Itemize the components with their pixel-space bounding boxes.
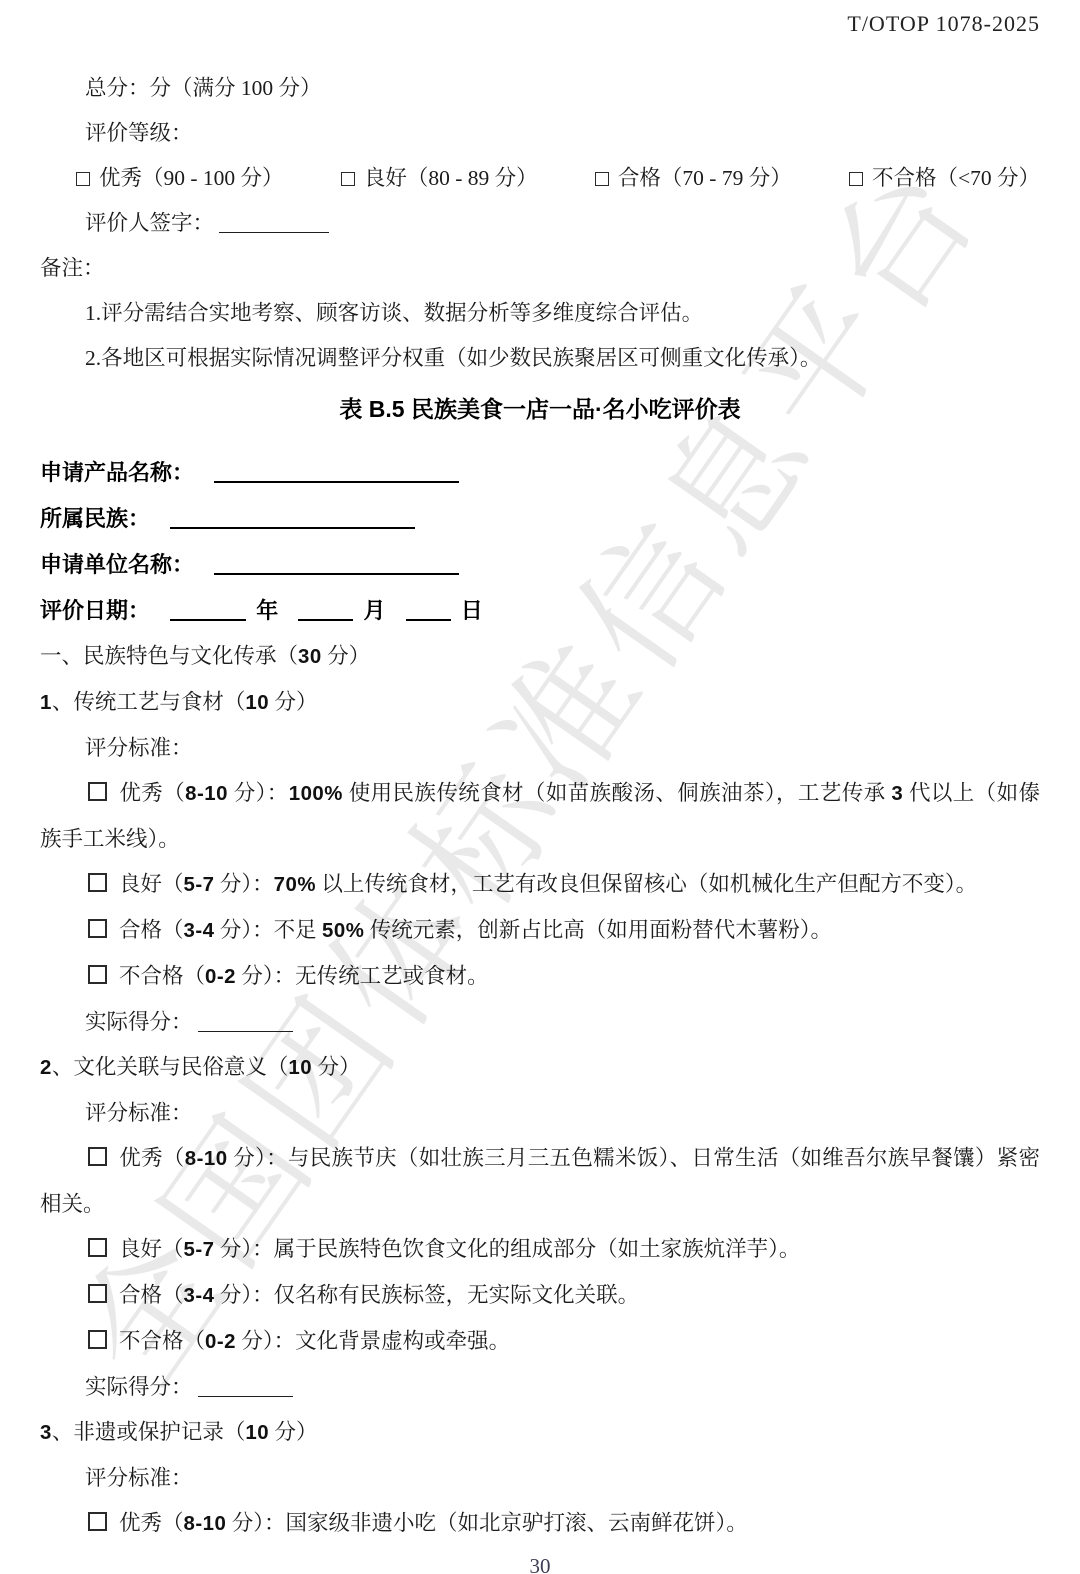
option-row: 良好（5-7 分）：属于民族特色饮食文化的组成部分（如土家族炕洋芋）。 <box>40 1227 1040 1273</box>
checkbox-icon[interactable] <box>88 1284 107 1303</box>
option-text: 良好（5-7 分）：70% 以上传统食材，工艺有改良但保留核心（如机械化生产但配… <box>119 872 977 896</box>
doc-code: T/OTOP 1078-2025 <box>40 12 1040 36</box>
form-fields: 申请产品名称： 所属民族： 申请单位名称： 评价日期： 年 月 日 <box>40 450 1040 634</box>
option-row: 合格（3-4 分）：不足 50% 传统元素，创新占比高（如用面粉替代木薯粉）。 <box>40 908 1040 954</box>
checkbox-icon[interactable] <box>88 965 107 984</box>
checkbox-icon[interactable] <box>88 919 107 938</box>
option-row: 合格（3-4 分）：仅名称有民族标签，无实际文化关联。 <box>40 1273 1040 1319</box>
signature-blank-line[interactable] <box>219 212 329 233</box>
field-eval-date: 评价日期： 年 月 日 <box>40 588 1040 634</box>
checkbox-icon[interactable] <box>88 873 107 892</box>
table-title: 表 B.5 民族美食一店一品·名小吃评价表 <box>40 387 1040 432</box>
checkbox-icon[interactable] <box>76 172 90 186</box>
grade-option-label: 优秀（90 - 100 分） <box>99 156 284 201</box>
document-page: T/OTOP 1078-2025 总分：分（满分 100 分） 评价等级： 优秀… <box>0 0 1080 1574</box>
option-row: 良好（5-7 分）：70% 以上传统食材，工艺有改良但保留核心（如机械化生产但配… <box>40 862 1040 908</box>
grade-option-excellent: 优秀（90 - 100 分） <box>76 156 284 201</box>
option-text: 合格（3-4 分）：不足 50% 传统元素，创新占比高（如用面粉替代木薯粉）。 <box>119 918 832 942</box>
ethnic-group-blank[interactable] <box>170 506 415 529</box>
option-row: 不合格（0-2 分）：文化背景虚构或牵强。 <box>40 1319 1040 1365</box>
grade-option-label: 合格（70 - 79 分） <box>618 156 792 201</box>
score-label: 实际得分： <box>85 1010 193 1034</box>
date-day-blank[interactable] <box>406 598 451 621</box>
field-ethnic-group: 所属民族： <box>40 496 1040 542</box>
product-name-blank[interactable] <box>214 460 459 483</box>
grade-options-row: 优秀（90 - 100 分） 良好（80 - 89 分） 合格（70 - 79 … <box>40 156 1040 201</box>
option-text: 优秀（8-10 分）：100% 使用民族传统食材（如苗族酸汤、侗族油茶），工艺传… <box>40 781 1040 851</box>
criteria-label: 评分标准： <box>40 726 1040 771</box>
option-text: 不合格（0-2 分）：文化背景虚构或牵强。 <box>119 1329 510 1353</box>
grade-option-pass: 合格（70 - 79 分） <box>595 156 792 201</box>
score-line: 实际得分： <box>40 1365 1040 1410</box>
date-month-blank[interactable] <box>298 598 353 621</box>
ethnic-group-label: 所属民族： <box>40 506 150 531</box>
option-row: 优秀（8-10 分）：与民族节庆（如壮族三月三五色糯米饭）、日常生活（如维吾尔族… <box>40 1136 1040 1227</box>
criteria-label: 评分标准： <box>40 1456 1040 1501</box>
score-line: 实际得分： <box>40 1000 1040 1045</box>
checkbox-icon[interactable] <box>88 1238 107 1257</box>
grade-label: 评价等级： <box>40 111 1040 156</box>
month-label: 月 <box>364 598 386 623</box>
year-label: 年 <box>256 598 278 623</box>
field-applicant-unit: 申请单位名称： <box>40 542 1040 588</box>
checkbox-icon[interactable] <box>341 172 355 186</box>
option-text: 良好（5-7 分）：属于民族特色饮食文化的组成部分（如土家族炕洋芋）。 <box>119 1237 800 1261</box>
checkbox-icon[interactable] <box>88 1330 107 1349</box>
criteria-label: 评分标准： <box>40 1091 1040 1136</box>
field-product-name: 申请产品名称： <box>40 450 1040 496</box>
item-2-title: 2、文化关联与民俗意义（10 分） <box>40 1045 1040 1091</box>
option-row: 优秀（8-10 分）：国家级非遗小吃（如北京驴打滚、云南鲜花饼）。 <box>40 1501 1040 1547</box>
date-year-blank[interactable] <box>170 598 246 621</box>
checkbox-icon[interactable] <box>88 1512 107 1531</box>
grade-option-good: 良好（80 - 89 分） <box>341 156 538 201</box>
notes-label: 备注： <box>40 246 1040 291</box>
eval-date-label: 评价日期： <box>40 598 150 623</box>
checkbox-icon[interactable] <box>595 172 609 186</box>
score-blank[interactable] <box>198 1011 293 1032</box>
day-label: 日 <box>461 598 483 623</box>
option-row: 不合格（0-2 分）：无传统工艺或食材。 <box>40 954 1040 1000</box>
option-text: 不合格（0-2 分）：无传统工艺或食材。 <box>119 964 489 988</box>
checkbox-icon[interactable] <box>88 1147 107 1166</box>
signer-line: 评价人签字： <box>40 201 1040 246</box>
section-heading: 一、民族特色与文化传承（30 分） <box>40 634 1040 680</box>
score-label: 实际得分： <box>85 1375 193 1399</box>
item-1-title: 1、传统工艺与食材（10 分） <box>40 680 1040 726</box>
option-row: 优秀（8-10 分）：100% 使用民族传统食材（如苗族酸汤、侗族油茶），工艺传… <box>40 771 1040 862</box>
score-blank[interactable] <box>198 1376 293 1397</box>
total-score-line: 总分：分（满分 100 分） <box>40 66 1040 111</box>
applicant-unit-blank[interactable] <box>214 552 459 575</box>
item-3-title: 3、非遗或保护记录（10 分） <box>40 1410 1040 1456</box>
grade-option-label: 良好（80 - 89 分） <box>364 156 538 201</box>
page-number: 30 <box>40 1551 1040 1574</box>
grade-option-fail: 不合格（<70 分） <box>849 156 1040 201</box>
option-text: 合格（3-4 分）：仅名称有民族标签，无实际文化关联。 <box>119 1283 639 1307</box>
option-text: 优秀（8-10 分）：与民族节庆（如壮族三月三五色糯米饭）、日常生活（如维吾尔族… <box>40 1146 1040 1216</box>
signer-label: 评价人签字： <box>85 211 214 235</box>
note-item-2: 2.各地区可根据实际情况调整评分权重（如少数民族聚居区可侧重文化传承）。 <box>40 336 1040 381</box>
grade-option-label: 不合格（<70 分） <box>872 156 1040 201</box>
product-name-label: 申请产品名称： <box>40 460 194 485</box>
note-item-1: 1.评分需结合实地考察、顾客访谈、数据分析等多维度综合评估。 <box>40 291 1040 336</box>
checkbox-icon[interactable] <box>88 782 107 801</box>
applicant-unit-label: 申请单位名称： <box>40 552 194 577</box>
checkbox-icon[interactable] <box>849 172 863 186</box>
option-text: 优秀（8-10 分）：国家级非遗小吃（如北京驴打滚、云南鲜花饼）。 <box>119 1511 748 1535</box>
